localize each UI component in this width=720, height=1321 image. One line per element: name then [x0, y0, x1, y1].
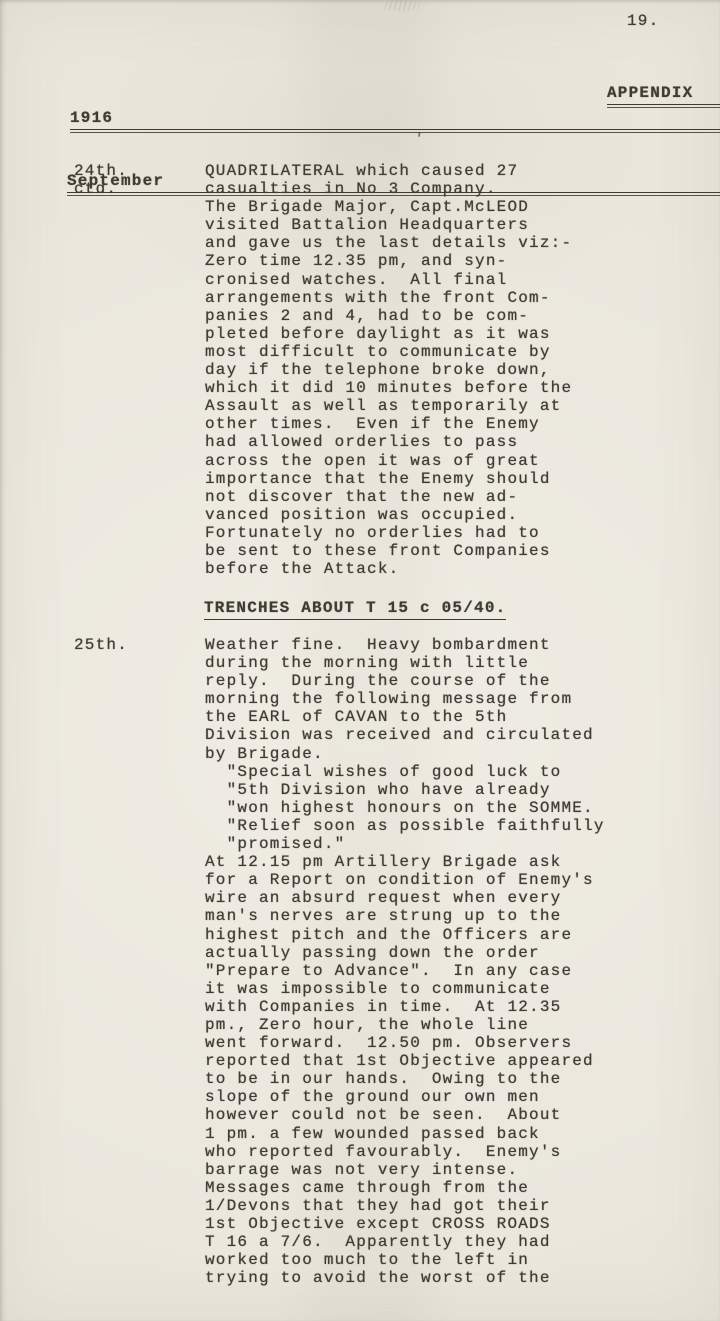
entry-date-24th: 24th. — [74, 162, 128, 180]
stray-ink-mark: ' — [413, 130, 426, 149]
year-heading: 1916 — [70, 109, 720, 130]
trenches-section-heading: TRENCHES ABOUT T 15 c 05/40. — [204, 599, 506, 620]
entry-body-24th: QUADRILATERAL which caused 27 casualties… — [205, 162, 572, 578]
appendix-label: APPENDIX — [607, 84, 720, 105]
entry-date-24th-continued: ctd. — [74, 180, 117, 198]
scan-smudge — [382, 0, 426, 13]
page-number: 19. — [627, 12, 659, 30]
entry-body-25th: Weather fine. Heavy bombardment during t… — [205, 636, 605, 1287]
entry-date-25th: 25th. — [74, 636, 128, 654]
document-page: 19. APPENDIX 1916 September ' 24th. ctd.… — [0, 0, 720, 1321]
